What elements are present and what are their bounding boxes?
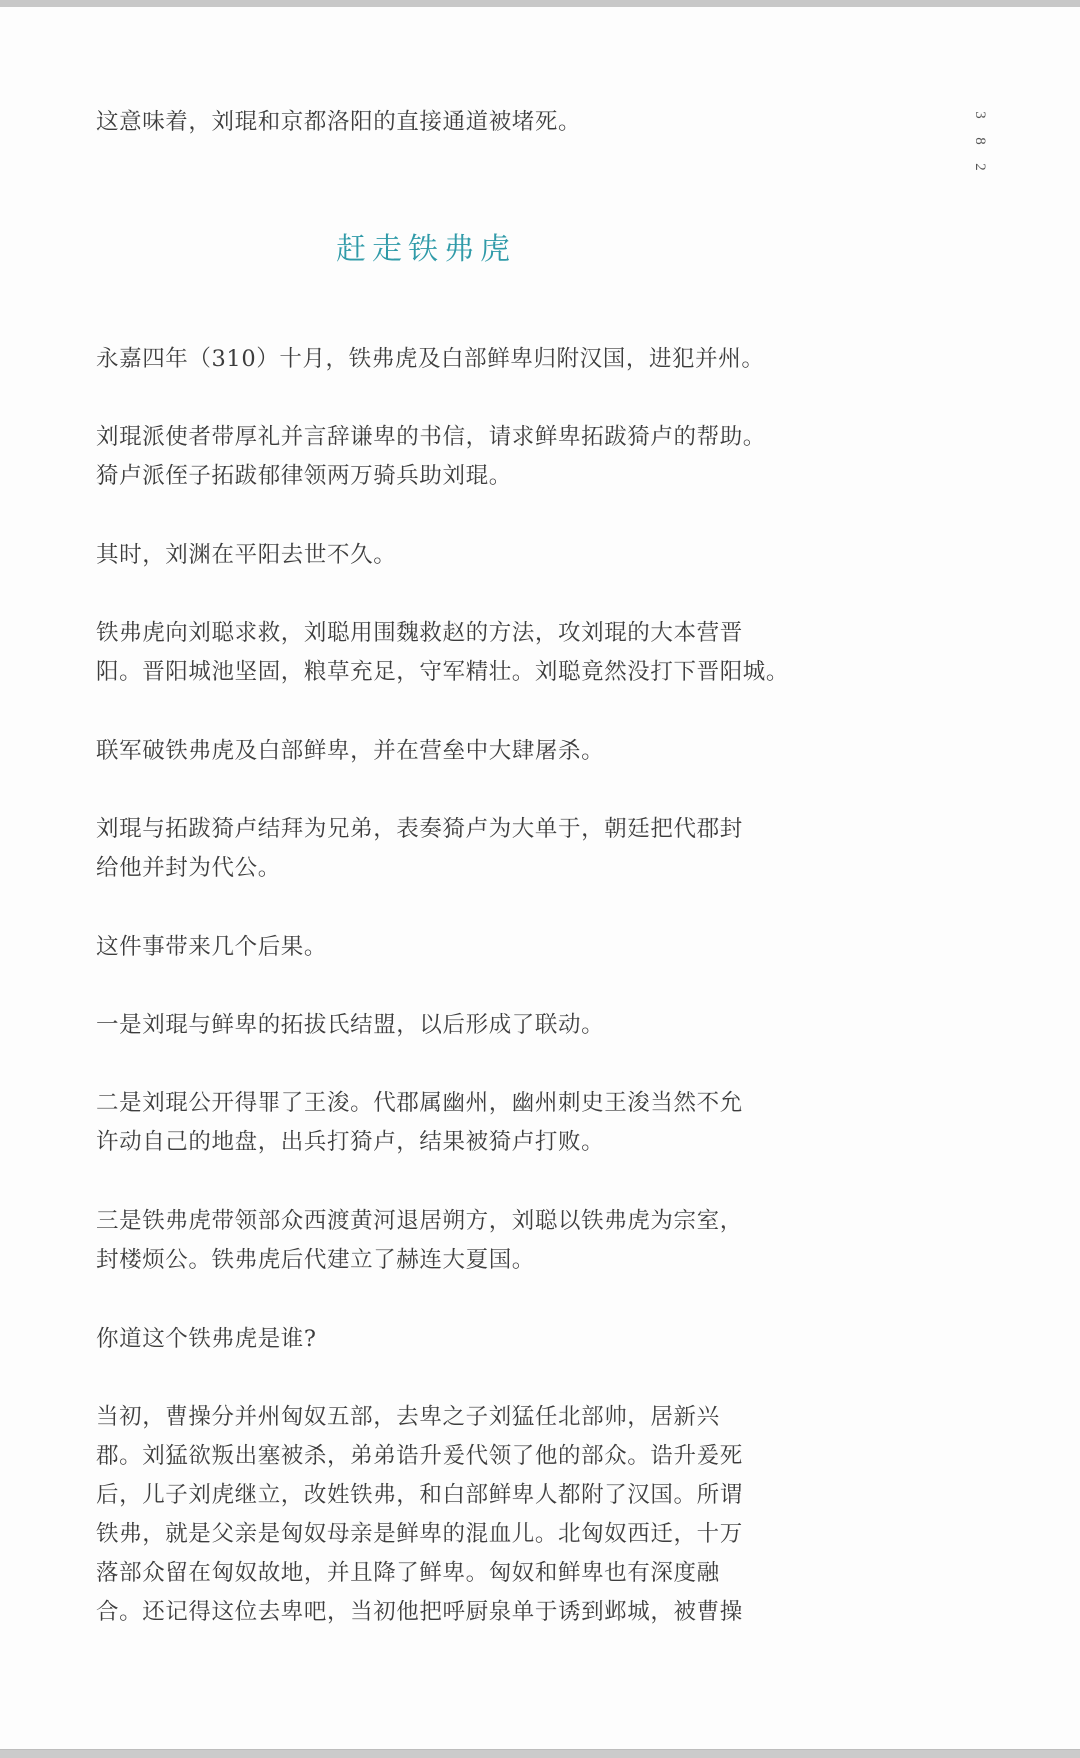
paragraph-line: 铁弗，就是父亲是匈奴母亲是鲜卑的混血儿。北匈奴西迁，十万 <box>96 1521 743 1547</box>
paragraph: 铁弗虎向刘聪求救，刘聪用围魏救赵的方法，攻刘琨的大本营晋阳。晋阳城池坚固，粮草充… <box>96 614 796 692</box>
paragraph: 联军破铁弗虎及白部鲜卑，并在营垒中大肆屠杀。 <box>96 732 796 771</box>
paragraph: 三是铁弗虎带领部众西渡黄河退居朔方，刘聪以铁弗虎为宗室，封楼烦公。铁弗虎后代建立… <box>96 1202 796 1280</box>
paragraph: 刘琨派使者带厚礼并言辞谦卑的书信，请求鲜卑拓跋猗卢的帮助。猗卢派侄子拓跋郁律领两… <box>96 418 796 496</box>
paragraph-line: 猗卢派侄子拓跋郁律领两万骑兵助刘琨。 <box>96 463 512 489</box>
paragraph-line: 永嘉四年（310）十月，铁弗虎及白部鲜卑归附汉国，进犯并州。 <box>96 346 764 372</box>
paragraph-line: 刘琨派使者带厚礼并言辞谦卑的书信，请求鲜卑拓跋猗卢的帮助。 <box>96 424 766 450</box>
intro-paragraph: 这意味着，刘琨和京都洛阳的直接通道被堵死。 <box>96 103 796 142</box>
page-number-digit: 2 <box>973 163 987 171</box>
paragraph: 二是刘琨公开得罪了王浚。代郡属幽州，幽州刺史王浚当然不允许动自己的地盘，出兵打猗… <box>96 1084 796 1162</box>
section-title: 赶走铁弗虎 <box>336 224 666 268</box>
paragraph-line: 给他并封为代公。 <box>96 855 281 881</box>
page-number-digit: 3 <box>973 111 987 119</box>
paragraph-line: 联军破铁弗虎及白部鲜卑，并在营垒中大肆屠杀。 <box>96 738 604 764</box>
paragraph-line: 郡。刘猛欲叛出塞被杀，弟弟诰升爰代领了他的部众。诰升爰死 <box>96 1443 743 1469</box>
paragraph-line: 阳。晋阳城池坚固，粮草充足，守军精壮。刘聪竟然没打下晋阳城。 <box>96 659 789 685</box>
bottom-edge-bar <box>0 1749 1080 1758</box>
paragraph-line: 三是铁弗虎带领部众西渡黄河退居朔方，刘聪以铁弗虎为宗室， <box>96 1208 743 1234</box>
paragraph-line: 其时，刘渊在平阳去世不久。 <box>96 542 396 568</box>
top-edge-bar <box>0 0 1080 7</box>
paragraph-line: 许动自己的地盘，出兵打猗卢，结果被猗卢打败。 <box>96 1129 604 1155</box>
paragraph-line: 后，儿子刘虎继立，改姓铁弗，和白部鲜卑人都附了汉国。所谓 <box>96 1482 743 1508</box>
paragraph-line: 封楼烦公。铁弗虎后代建立了赫连大夏国。 <box>96 1247 535 1273</box>
paragraph: 刘琨与拓跋猗卢结拜为兄弟，表奏猗卢为大单于，朝廷把代郡封给他并封为代公。 <box>96 810 796 888</box>
paragraph: 你道这个铁弗虎是谁? <box>96 1320 796 1359</box>
page-number-digit: 8 <box>973 137 987 145</box>
paragraph: 当初，曹操分并州匈奴五部，去卑之子刘猛任北部帅，居新兴郡。刘猛欲叛出塞被杀，弟弟… <box>96 1398 796 1632</box>
paragraph-line: 你道这个铁弗虎是谁? <box>96 1326 317 1352</box>
page-number: 3 8 2 <box>970 108 990 174</box>
paragraph-line: 落部众留在匈奴故地，并且降了鲜卑。匈奴和鲜卑也有深度融 <box>96 1560 720 1586</box>
paragraph: 其时，刘渊在平阳去世不久。 <box>96 536 796 575</box>
paragraph-line: 这件事带来几个后果。 <box>96 934 327 960</box>
paragraph-line: 二是刘琨公开得罪了王浚。代郡属幽州，幽州刺史王浚当然不允 <box>96 1090 743 1116</box>
paragraph-line: 当初，曹操分并州匈奴五部，去卑之子刘猛任北部帅，居新兴 <box>96 1404 720 1430</box>
paragraph-line: 一是刘琨与鲜卑的拓拔氏结盟，以后形成了联动。 <box>96 1012 604 1038</box>
paragraph: 一是刘琨与鲜卑的拓拔氏结盟，以后形成了联动。 <box>96 1006 796 1045</box>
paragraph-line: 合。还记得这位去卑吧，当初他把呼厨泉单于诱到邺城，被曹操 <box>96 1599 743 1625</box>
paragraph-line: 刘琨与拓跋猗卢结拜为兄弟，表奏猗卢为大单于，朝廷把代郡封 <box>96 816 743 842</box>
paragraph: 永嘉四年（310）十月，铁弗虎及白部鲜卑归附汉国，进犯并州。 <box>96 340 796 379</box>
paragraph-line: 铁弗虎向刘聪求救，刘聪用围魏救赵的方法，攻刘琨的大本营晋 <box>96 620 743 646</box>
paragraph: 这件事带来几个后果。 <box>96 928 796 967</box>
